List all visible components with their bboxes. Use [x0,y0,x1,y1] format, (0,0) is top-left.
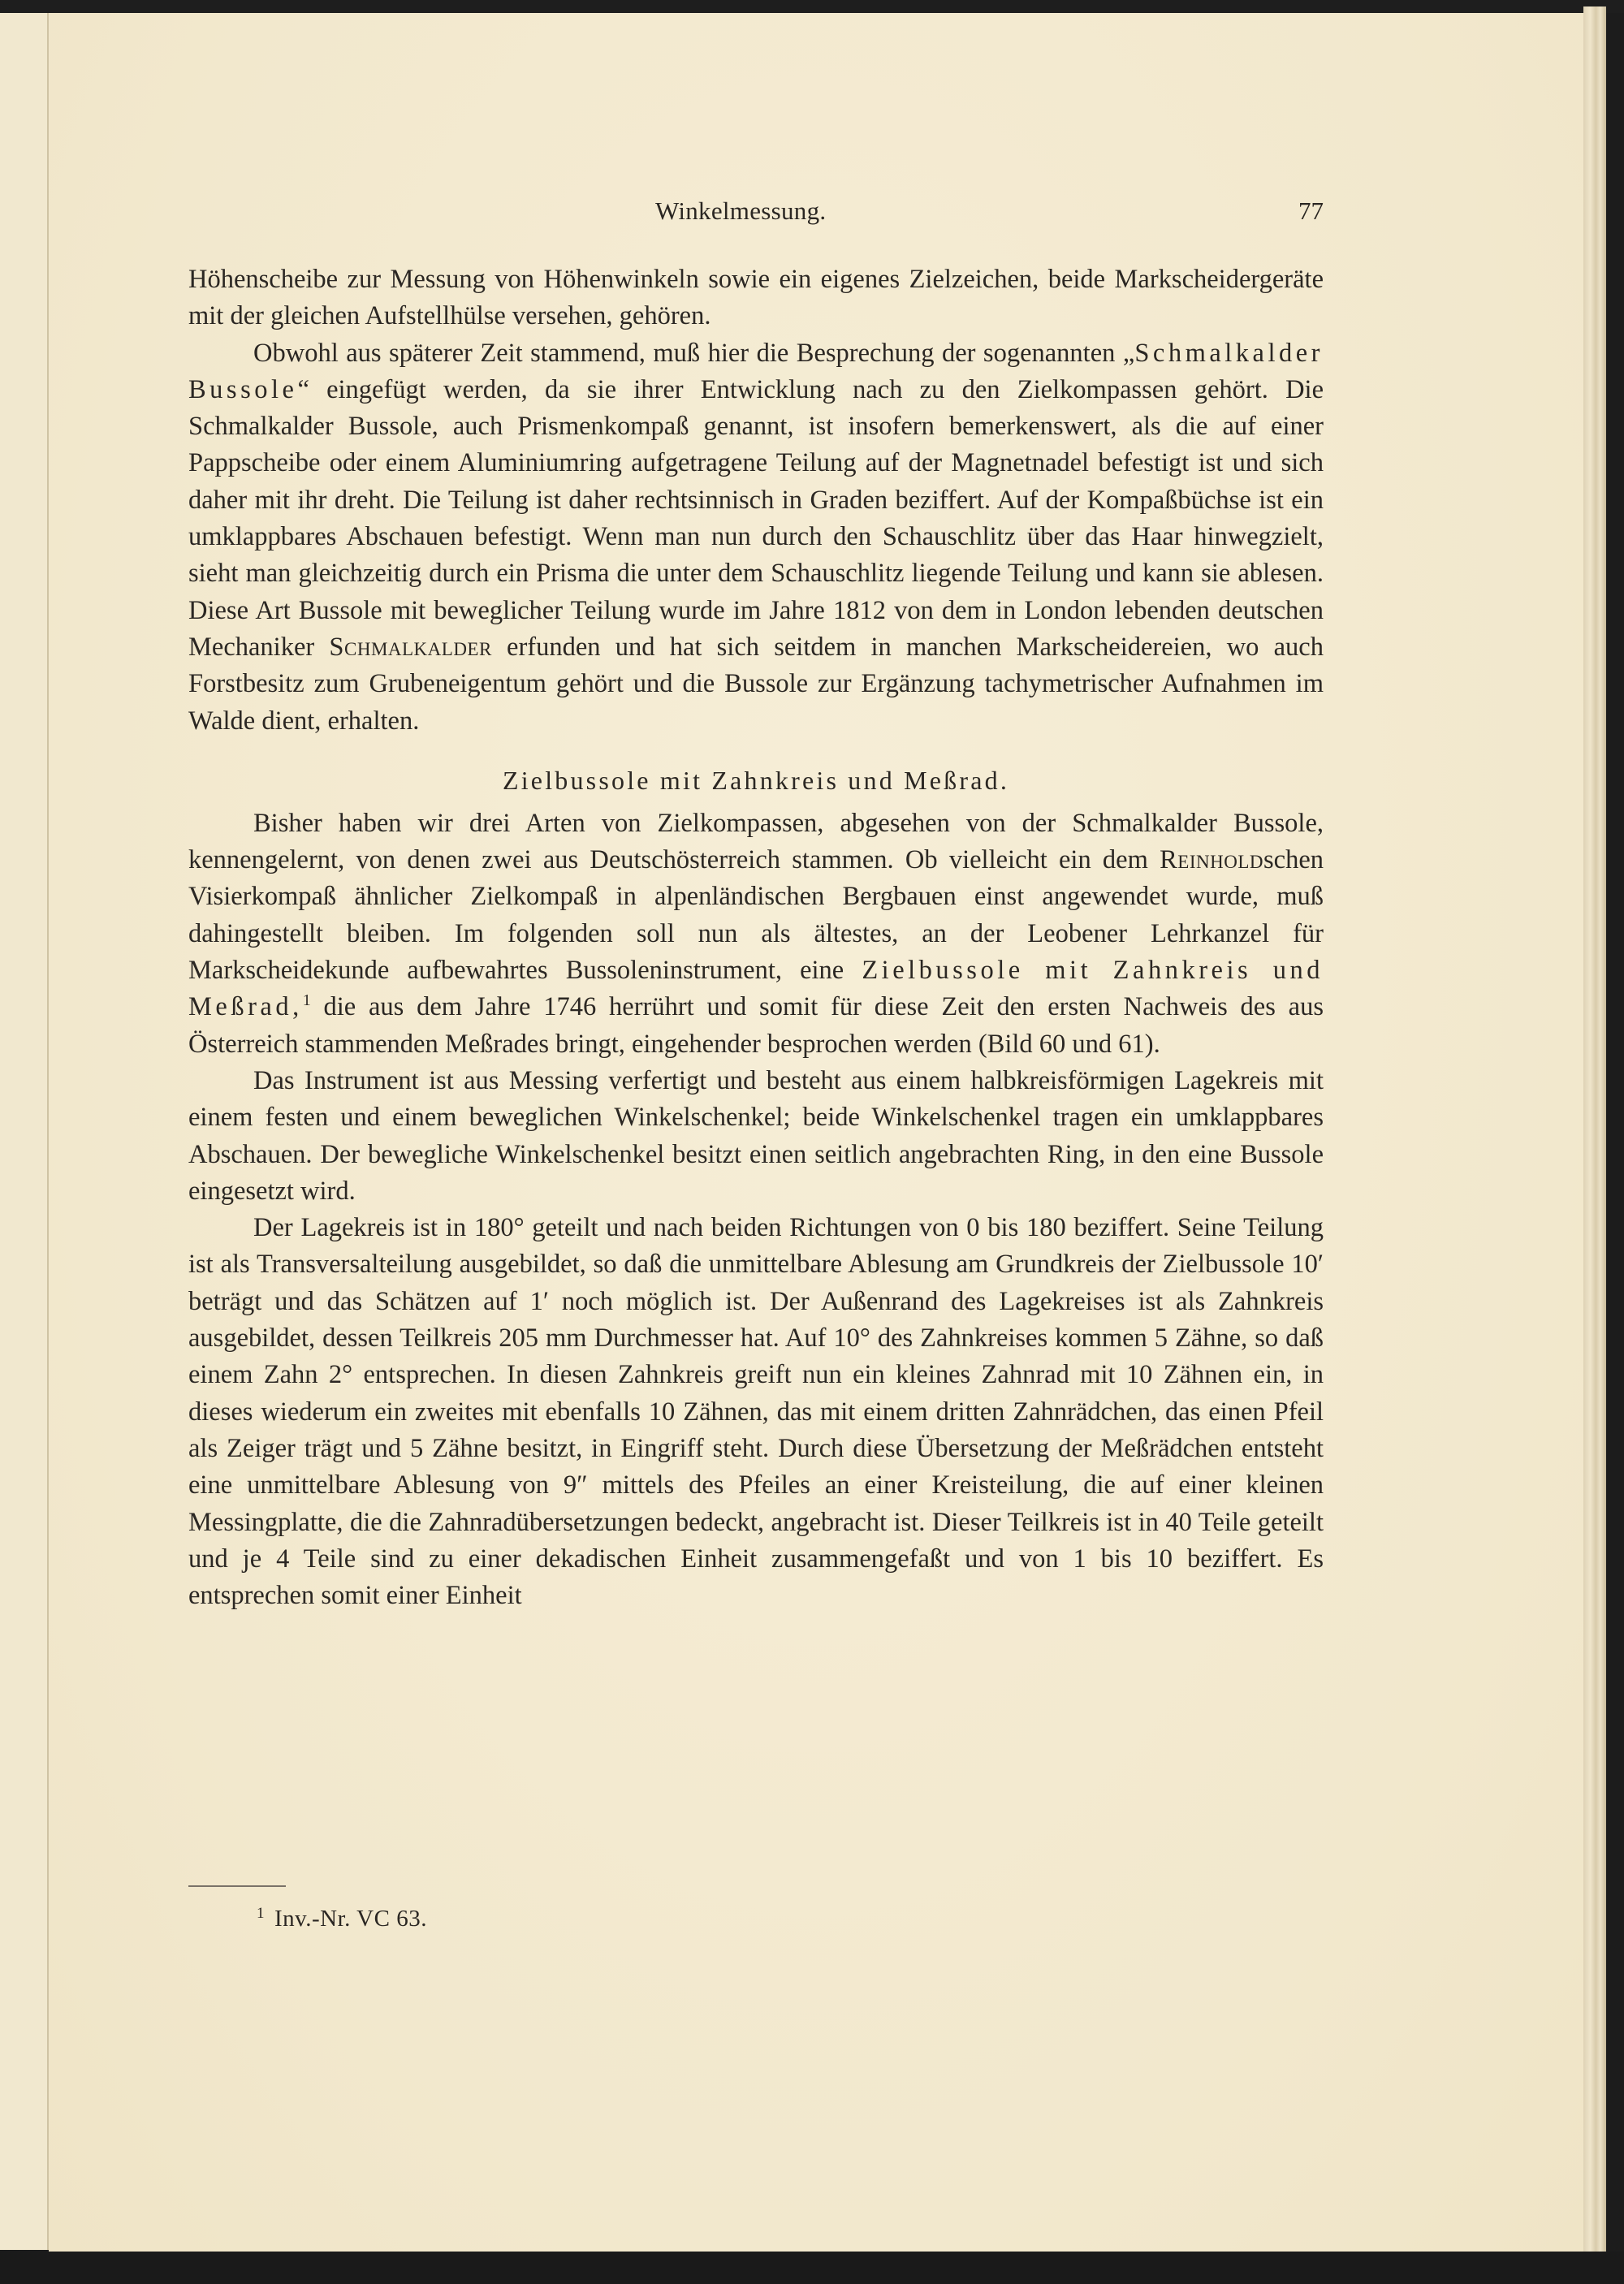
paragraph-4: Das Instrument ist aus Messing verfertig… [188,1063,1324,1210]
footnote-text: Inv.-Nr. VC 63. [274,1906,427,1932]
footnote-marker: 1 [257,1905,265,1922]
paragraph-3-text-c: die aus dem Jahre 1746 herrührt und somi… [188,992,1324,1058]
quote-open: „ [1123,339,1134,368]
name-reinhold: Reinhold [1160,845,1263,874]
scan-top-border [0,0,1624,13]
footnote-divider [188,1885,286,1887]
paragraph-3-text-a: Bisher haben wir drei Arten von Zielkomp… [188,809,1324,874]
page-number: 77 [1298,196,1324,226]
paragraph-2-text-b: eingefügt werden, da sie ihrer Entwicklu… [188,375,1324,662]
section-heading: Zielbussole mit Zahnkreis und Meßrad. [188,762,1324,799]
paragraph-3: Bisher haben wir drei Arten von Zielkomp… [188,805,1324,1063]
body-text: Höhenscheibe zur Messung von Höhenwinkel… [188,261,1324,1614]
footnote-reference[interactable]: 1 [303,991,311,1009]
name-schmalkalder: Schmalkalder [329,633,491,662]
paragraph-1: Höhenscheibe zur Messung von Höhenwinkel… [188,261,1324,335]
paragraph-5: Der Lagekreis ist in 180° geteilt und na… [188,1210,1324,1614]
footnote: 1Inv.-Nr. VC 63. [257,1905,427,1932]
paragraph-2: Obwohl aus späterer Zeit stammend, muß h… [188,335,1324,740]
running-title: Winkelmessung. [655,196,826,226]
running-header: Winkelmessung. 77 [188,196,1324,232]
paragraph-2-text-a: Obwohl aus späterer Zeit stammend, muß h… [253,339,1123,368]
scan-bottom-border [0,2252,1624,2284]
page-stack-edge [1583,6,1606,2272]
facing-page-edge [0,13,49,2250]
quote-close: “ [297,375,309,404]
